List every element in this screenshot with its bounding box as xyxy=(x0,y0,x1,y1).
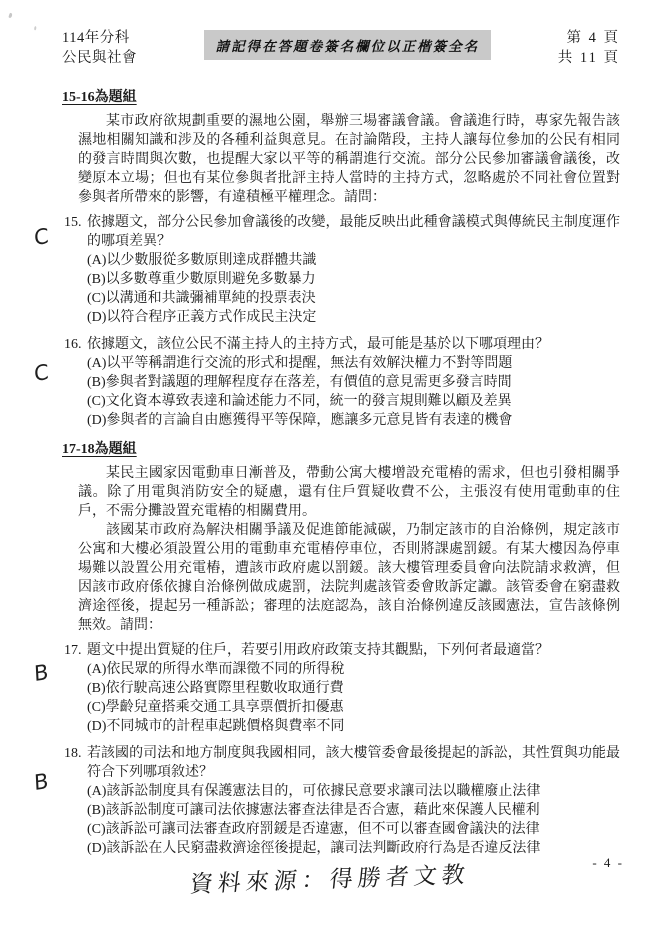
option-c: (C)該訴訟可讓司法審查政府罰鍰是否違憲，但不可以審查國會議決的法律 xyxy=(87,820,620,839)
option-a: (A)該訴訟制度具有保護憲法目的，可依據民意要求讓司法以職權廢止法律 xyxy=(87,782,620,801)
option-d: (D)不同城市的計程車起跳價格與費率不同 xyxy=(87,717,620,736)
question-16: C 16. 依據題文，該位公民不滿主持人的主持方式，最可能是基於以下哪項理由？ … xyxy=(64,335,620,430)
question-number: 16. xyxy=(64,335,82,354)
passage-15-16: 某市政府欲規劃重要的濕地公園，舉辦三場審議會議。會議進行時，專家先報告該濕地相關… xyxy=(78,112,620,207)
total-pages-line: 共 11 頁 xyxy=(558,48,620,68)
option-b: (B)依行駛高速公路實際里程數收取通行費 xyxy=(87,679,620,698)
option-b: (B)以多數尊重少數原則避免多數暴力 xyxy=(87,270,620,289)
handwritten-answer-17: B xyxy=(33,660,49,686)
group-heading-17-18: 17-18為題組 xyxy=(62,440,620,459)
question-number: 15. xyxy=(64,213,82,232)
exam-page: 114年分科 公民與社會 請記得在答題卷簽名欄位以正楷簽全名 第 4 頁 共 1… xyxy=(0,0,656,927)
option-a: (A)以平等稱謂進行交流的形式和提醒，無法有效解決權力不對等問題 xyxy=(87,354,620,373)
page-counter: 第 4 頁 共 11 頁 xyxy=(558,28,620,68)
page-footer: 資料來源：得勝者文教 - 4 - xyxy=(0,855,656,927)
group-heading-15-16: 15-16為題組 xyxy=(62,88,620,107)
question-17: B 17. 題文中提出質疑的住戶，若要引用政府政策支持其觀點，下列何者最適當？ … xyxy=(64,641,620,736)
handwritten-answer-18: B xyxy=(33,769,49,795)
option-d: (D)以符合程序正義方式作成民主決定 xyxy=(87,308,620,327)
option-c: (C)學齡兒童搭乘交通工具享票價折扣優惠 xyxy=(87,698,620,717)
page-number-footer: - 4 - xyxy=(592,855,624,871)
question-15: C 15. 依據題文，部分公民參加會議後的改變，最能反映出此種會議模式與傳統民主… xyxy=(64,213,620,327)
option-c: (C)以溝通和共識彌補單純的投票表決 xyxy=(87,289,620,308)
option-a: (A)依民眾的所得水準而課徵不同的所得稅 xyxy=(87,660,620,679)
question-stem: 題文中提出質疑的住戶，若要引用政府政策支持其觀點，下列何者最適當？ xyxy=(87,641,620,660)
passage-17-18-para2: 該國某市政府為解決相關爭議及促進節能減碳，乃制定該市的自治條例，規定該市公寓和大… xyxy=(78,521,620,635)
question-stem: 依據題文，部分公民參加會議後的改變，最能反映出此種會議模式與傳統民主制度運作的哪… xyxy=(87,213,620,251)
exam-title: 114年分科 公民與社會 xyxy=(62,28,137,68)
option-d: (D)參與者的言論自由應獲得平等保障，應讓多元意見皆有表達的機會 xyxy=(87,411,620,430)
scan-speck xyxy=(8,13,12,19)
handwritten-answer-16: C xyxy=(33,360,49,386)
option-a: (A)以少數服從多數原則達成群體共識 xyxy=(87,251,620,270)
page-number-line: 第 4 頁 xyxy=(558,28,620,48)
question-number: 18. xyxy=(64,744,82,763)
question-18: B 18. 若該國的司法和地方制度與我國相同，該大樓管委會最後提起的訴訟，其性質… xyxy=(64,744,620,858)
exam-subject: 公民與社會 xyxy=(62,48,137,68)
handwritten-answer-15: C xyxy=(33,224,49,250)
question-stem: 若該國的司法和地方制度與我國相同，該大樓管委會最後提起的訴訟，其性質與功能最符合… xyxy=(87,744,620,782)
question-number: 17. xyxy=(64,641,82,660)
question-stem: 依據題文，該位公民不滿主持人的主持方式，最可能是基於以下哪項理由？ xyxy=(87,335,620,354)
option-c: (C)文化資本導致表達和論述能力不同，統一的發言規則難以顧及差異 xyxy=(87,392,620,411)
option-b: (B)該訴訟制度可讓司法依據憲法審查法律是否合憲，藉此來保護人民權利 xyxy=(87,801,620,820)
handwritten-source-note: 資料來源：得勝者文教 xyxy=(188,856,471,899)
page-header: 114年分科 公民與社會 請記得在答題卷簽名欄位以正楷簽全名 第 4 頁 共 1… xyxy=(62,28,620,68)
passage-17-18-para1: 某民主國家因電動車日漸普及，帶動公寓大樓增設充電樁的需求，但也引發相關爭議。除了… xyxy=(78,464,620,521)
exam-session: 114年分科 xyxy=(62,28,137,48)
option-b: (B)參與者對議題的理解程度存在落差，有價值的意見需更多發言時間 xyxy=(87,373,620,392)
signature-notice-banner: 請記得在答題卷簽名欄位以正楷簽全名 xyxy=(204,30,492,60)
